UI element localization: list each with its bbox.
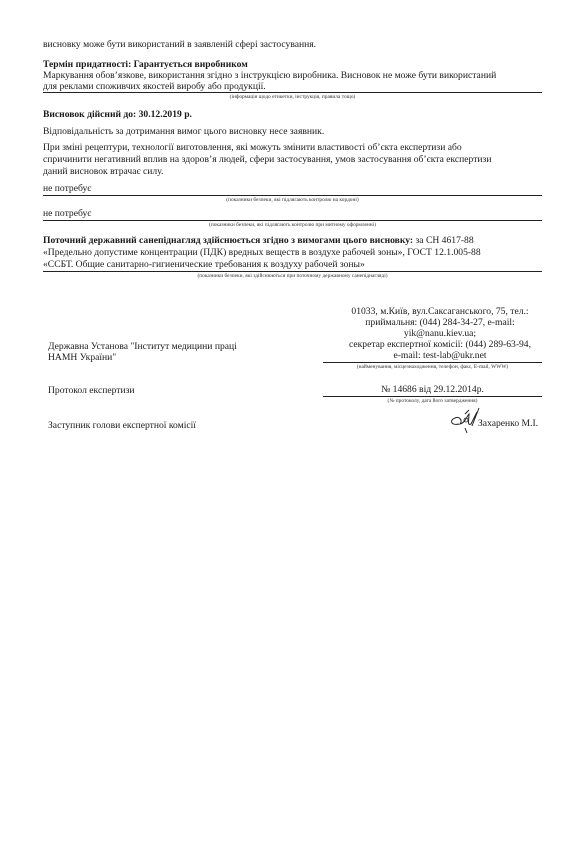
supervision-line2: «Предельно допустиме концентрации (ПДК) … [43,247,481,258]
address-line1: 01033, м.Київ, вул.Саксаганського, 75, т… [330,306,550,317]
address-line5: e-mail: test-lab@ukr.net [330,350,550,361]
shelf-life-body-line1: Маркування обов’язкове, використання згі… [43,70,496,81]
address-rule [323,362,542,363]
institution-name-line2: НАМН України" [48,352,116,363]
border-control-rule [43,195,542,196]
address-caption: (найменування, місцезнаходження, телефон… [323,364,542,370]
intro-tail-text: висновку може бути використаний в заявле… [43,39,316,50]
protocol-rule [323,396,542,397]
protocol-caption: (№ протоколу, дата його затвердження) [323,398,542,404]
institution-name-line1: Державна Установа "Інститут медицини пра… [48,341,237,352]
address-line4: секретар експертної комісії: (044) 289-6… [330,339,550,350]
change-clause-line1: При зміні рецептури, технології виготовл… [43,142,462,153]
customs-control-value: не потребує [43,208,91,219]
supervision-line3: «ССБТ. Общие санитарно-гигиенические тре… [43,259,365,270]
validity-heading: Висновок дійсний до: 30.12.2019 р. [43,109,192,120]
customs-control-caption: (показники безпеки, які підлягають контр… [43,222,542,228]
protocol-label: Протокол експертизи [48,385,135,396]
customs-control-rule [43,220,542,221]
responsibility-text: Відповідальність за дотримання вимог цьо… [43,126,324,137]
supervision-caption: (показники безпеки, які здійснюються при… [43,273,542,279]
border-control-value: не потребує [43,183,91,194]
shelf-life-caption: (інформація щодо етикетки, інструкція, п… [43,94,542,100]
supervision-rule [43,271,542,272]
address-line2: приймальня: (044) 284-34-27, e-mail: [330,317,550,328]
supervision-line1: Поточний державний санепіднагляд здійсню… [43,235,474,246]
signatory-role: Заступник голови експертної комісії [48,420,196,431]
signatory-name: Захаренко М.І. [478,418,538,429]
address-line3: yik@nanu.kiev.ua; [330,328,550,339]
shelf-life-body-line2: для реклами споживчих якостей виробу або… [43,81,266,92]
border-control-caption: (показники безпеки, які підлягають контр… [43,197,542,203]
supervision-heading: Поточний державний санепіднагляд здійсню… [43,235,413,246]
change-clause-line2: спричинити негативний вплив на здоров’я … [43,154,491,165]
shelf-life-heading: Термін придатності: Гарантується виробни… [43,59,248,70]
supervision-line1-tail: за СН 4617-88 [413,235,474,246]
protocol-value: № 14686 від 29.12.2014р. [323,384,542,395]
change-clause-line3: даний висновок втрачає силу. [43,166,163,177]
shelf-life-rule [43,92,542,93]
